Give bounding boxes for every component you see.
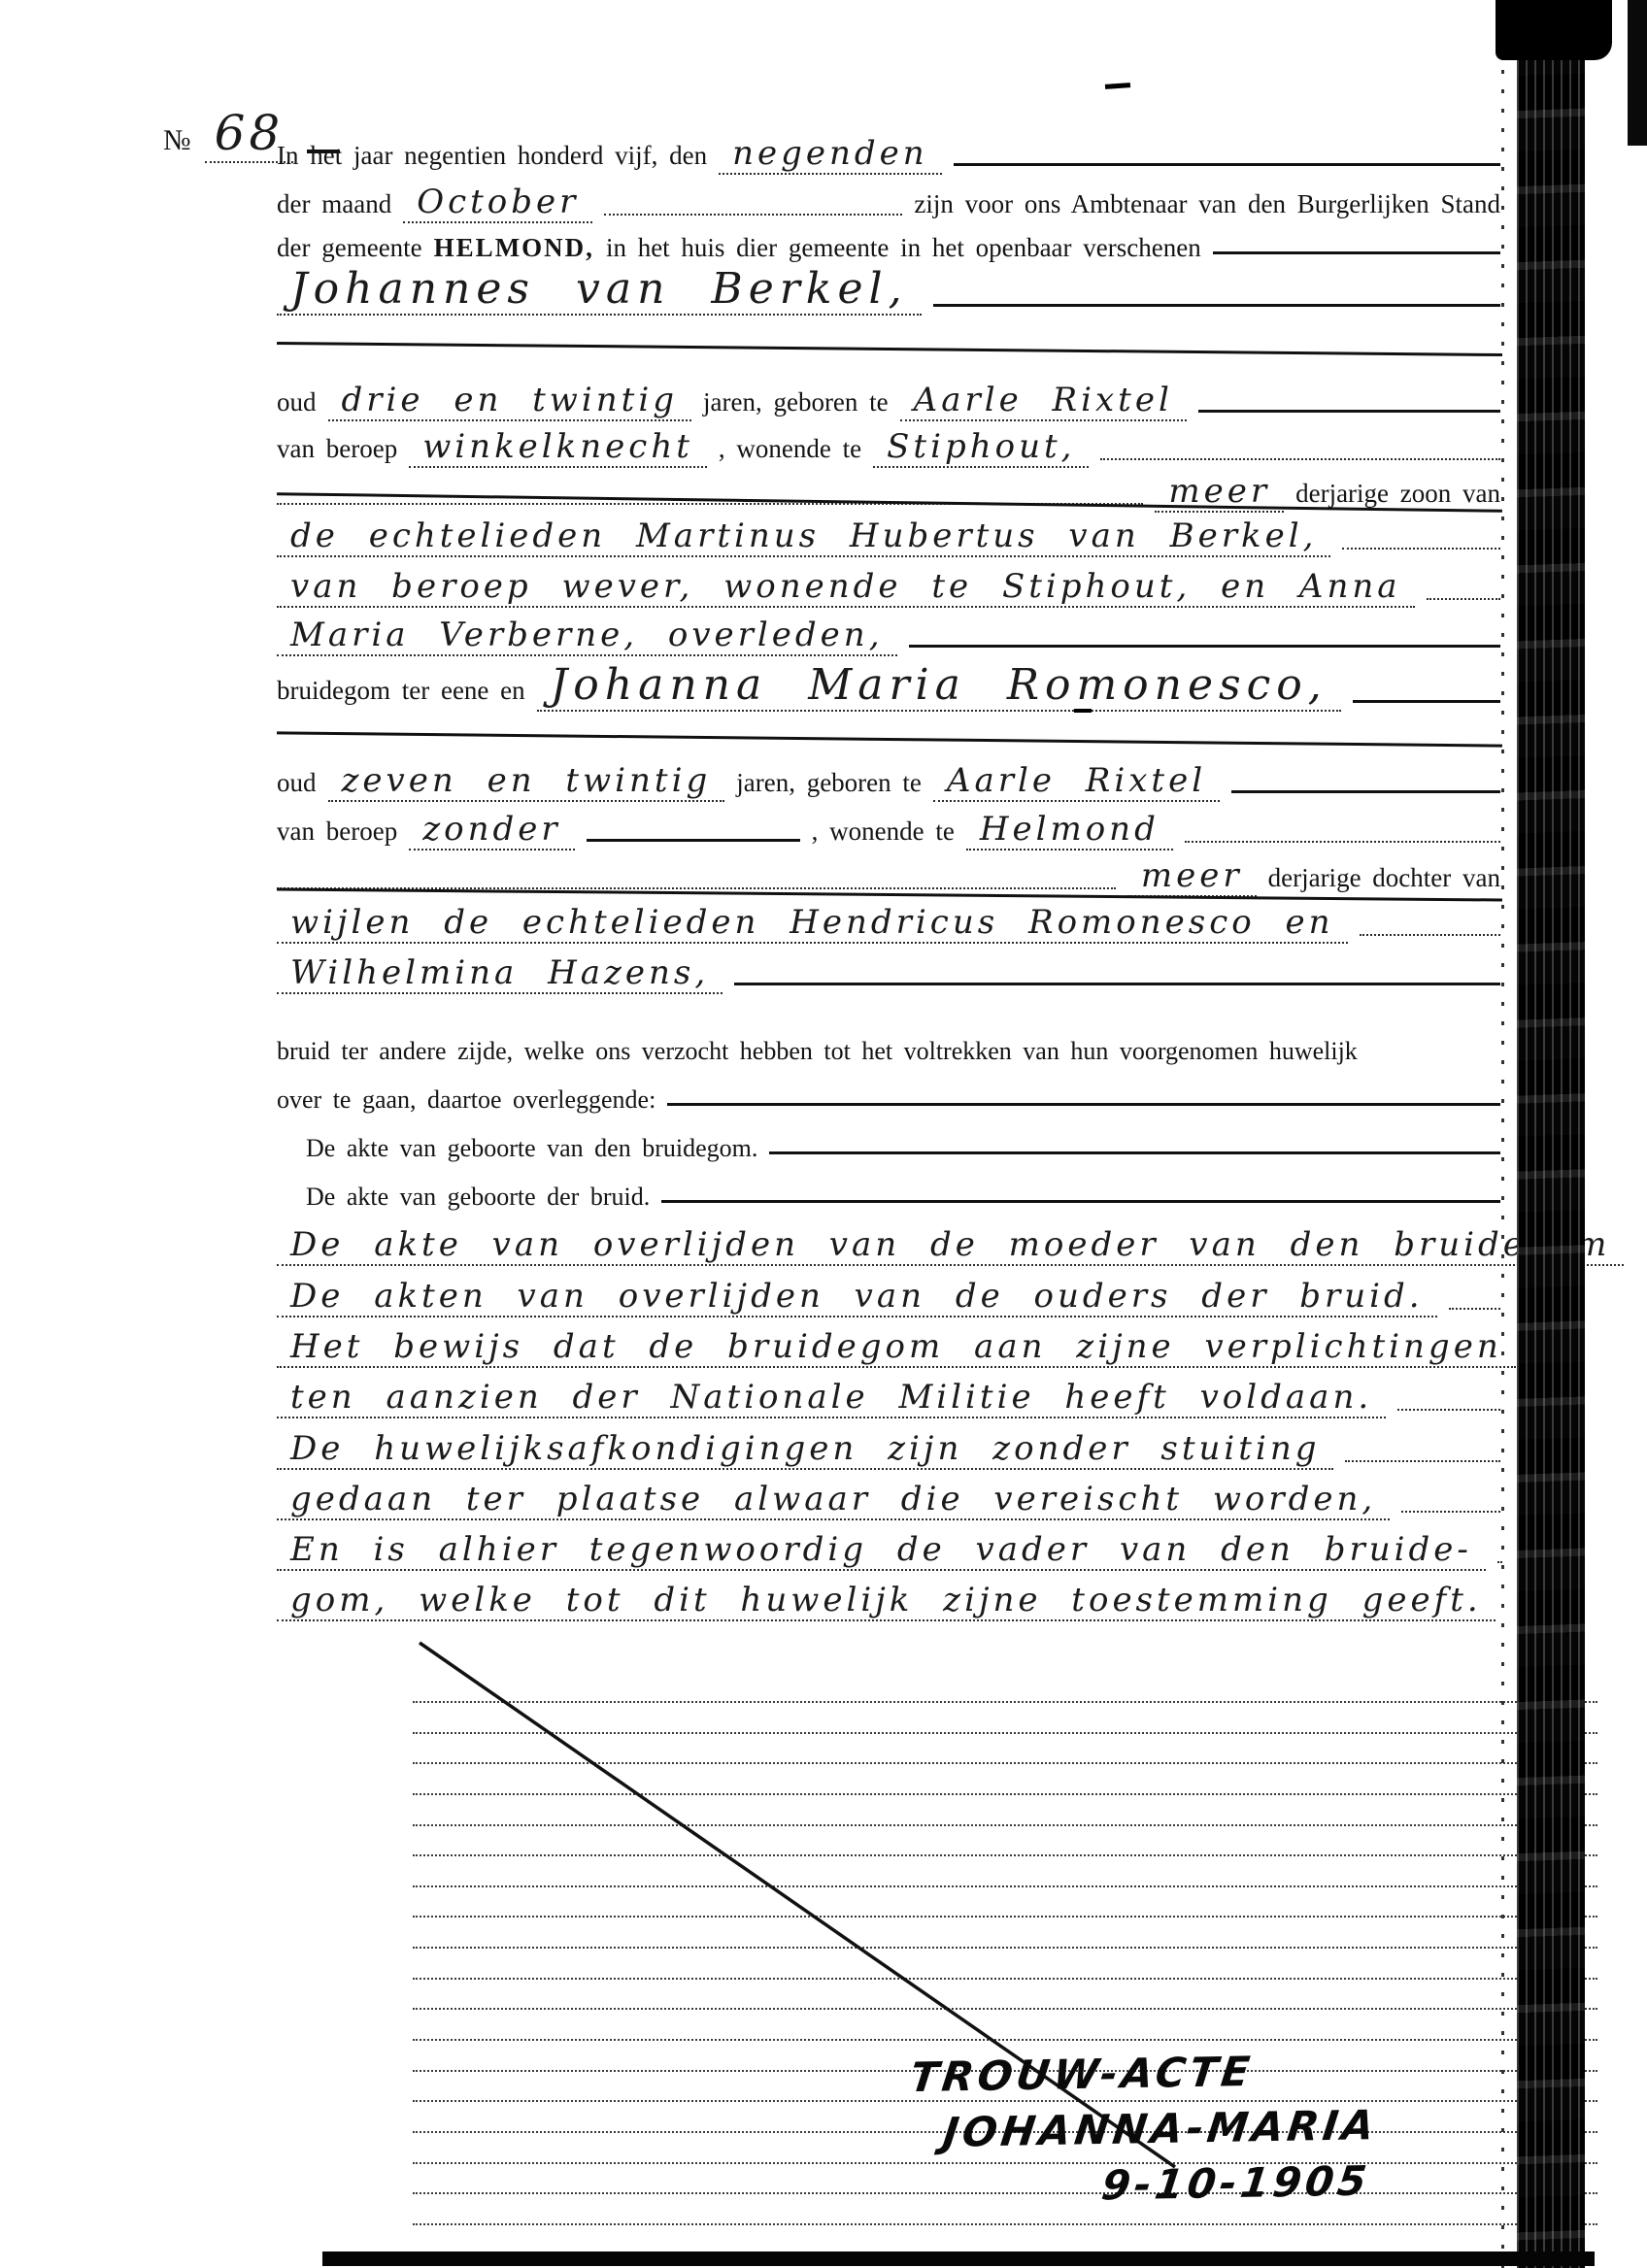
ruled-line bbox=[413, 1978, 1597, 1980]
fill-line bbox=[1345, 1460, 1500, 1462]
handwritten-doc-text-1: De akte van overlijden van de moeder van… bbox=[277, 1225, 1624, 1266]
ruled-line bbox=[413, 1732, 1597, 1734]
day-written: negenden bbox=[719, 134, 942, 175]
intro-line-2-printed: zijn voor ons Ambtenaar van den Burgerli… bbox=[914, 189, 1500, 219]
fill-line bbox=[1401, 1511, 1500, 1513]
ruled-line bbox=[413, 1762, 1597, 1764]
handwritten-doc-text-4: ten aanzien der Nationale Militie heeft … bbox=[277, 1378, 1386, 1418]
document-page: № 68 In het jaar negentien honderd vijf,… bbox=[0, 0, 1647, 2268]
ruled-line bbox=[413, 1701, 1597, 1703]
month-label: der maand bbox=[277, 189, 391, 219]
groom-role-label: bruidegom ter eene en bbox=[277, 676, 525, 706]
fill-line bbox=[1427, 598, 1500, 600]
stray-mark bbox=[1074, 709, 1092, 713]
handwritten-doc-line-4: ten aanzien der Nationale Militie heeft … bbox=[277, 1378, 1500, 1418]
handwritten-doc-line-5: De huwelijksafkondigingen zijn zonder st… bbox=[277, 1429, 1500, 1470]
ruled-line bbox=[413, 1947, 1597, 1949]
scan-corner-artifact bbox=[1496, 0, 1612, 60]
stray-mark bbox=[1105, 83, 1130, 89]
groom-age-written: drie en twintig bbox=[328, 381, 692, 421]
request-text-1: bruid ter andere zijde, welke ons verzoc… bbox=[277, 1037, 1358, 1066]
groom-parents-line-2: van beroep wever, wonende te Stiphout, e… bbox=[277, 567, 1500, 608]
document-item-2: De akte van geboorte der bruid. bbox=[306, 1183, 1500, 1212]
fill-line bbox=[1213, 251, 1500, 254]
bride-majority-printed: derjarige dochter van bbox=[1268, 863, 1500, 893]
handwritten-doc-text-6: gedaan ter plaatse alwaar die vereischt … bbox=[277, 1480, 1390, 1520]
born-at-label: jaren, geboren te bbox=[703, 387, 889, 417]
handwritten-doc-line-2: De akten van overlijden van de ouders de… bbox=[277, 1277, 1500, 1317]
groom-parents-written-1: de echtelieden Martinus Hubertus van Ber… bbox=[277, 517, 1330, 557]
fill-line bbox=[1100, 458, 1500, 460]
intro-line-1-printed: In het jaar negentien honderd vijf, den bbox=[277, 141, 707, 171]
handwritten-doc-text-3: Het bewijs dat de bruidegom aan zijne ve… bbox=[277, 1327, 1516, 1368]
bride-name-row: bruidegom ter eene en Johanna Maria Romo… bbox=[277, 660, 1500, 712]
groom-birthplace-written: Aarle Rixtel bbox=[900, 381, 1187, 421]
handwritten-doc-line-1: De akte van overlijden van de moeder van… bbox=[277, 1225, 1500, 1266]
groom-residence-written: Stiphout, bbox=[873, 427, 1089, 468]
fill-line bbox=[1198, 410, 1500, 413]
bride-parents-line-1: wijlen de echtelieden Hendricus Romonesc… bbox=[277, 903, 1500, 944]
request-text-2: over te gaan, daartoe overleggende: bbox=[277, 1085, 655, 1115]
fill-line bbox=[1449, 1308, 1500, 1310]
occupation-label: van beroep bbox=[277, 434, 397, 464]
born-at-label: jaren, geboren te bbox=[736, 768, 922, 798]
ruled-line bbox=[413, 2039, 1597, 2041]
bride-occupation-written: zonder bbox=[409, 810, 574, 850]
handwritten-doc-line-3: Het bewijs dat de bruidegom aan zijne ve… bbox=[277, 1327, 1500, 1368]
ruled-line bbox=[413, 2100, 1597, 2102]
groom-age-row: oud drie en twintig jaren, geboren te Aa… bbox=[277, 381, 1500, 421]
occupation-label: van beroep bbox=[277, 817, 397, 847]
ruled-line bbox=[413, 2192, 1597, 2194]
ruled-line bbox=[413, 2162, 1597, 2164]
fill-line bbox=[604, 214, 902, 216]
bride-age-written: zeven en twintig bbox=[328, 761, 725, 802]
groom-parents-written-3: Maria Verberne, overleden, bbox=[277, 616, 897, 656]
handwritten-doc-text-7: En is alhier tegenwoordig de vader van d… bbox=[277, 1530, 1486, 1571]
fill-line bbox=[1353, 700, 1500, 703]
fill-line bbox=[661, 1200, 1500, 1203]
handwritten-doc-line-8: gom, welke tot dit huwelijk zijne toeste… bbox=[277, 1581, 1500, 1621]
groom-name-row: Johannes van Berkel, bbox=[277, 264, 1500, 316]
age-label: oud bbox=[277, 768, 317, 798]
fill-line bbox=[909, 645, 1500, 648]
fill-line bbox=[734, 983, 1500, 985]
fill-line bbox=[1497, 1561, 1500, 1563]
scan-binding-artifact bbox=[1517, 0, 1585, 2268]
intro-line-3: der gemeente HELMOND, in het huis dier g… bbox=[277, 233, 1500, 263]
ruled-line bbox=[413, 1824, 1597, 1826]
fill-line bbox=[933, 304, 1500, 307]
handwritten-doc-text-2: De akten van overlijden van de ouders de… bbox=[277, 1277, 1437, 1317]
fill-line bbox=[1397, 1409, 1500, 1411]
annotation-bride-name: JOHANNA-MARIA bbox=[940, 2101, 1380, 2156]
annotation-date: 9-10-1905 bbox=[1099, 2157, 1373, 2210]
request-paragraph-line-1: bruid ter andere zijde, welke ons verzoc… bbox=[277, 1037, 1500, 1066]
rule-line bbox=[277, 342, 1502, 356]
handwritten-doc-text-8: gom, welke tot dit huwelijk zijne toeste… bbox=[277, 1581, 1496, 1621]
month-written: October bbox=[403, 183, 592, 223]
bride-majority-written: meer bbox=[1127, 856, 1257, 897]
fill-line bbox=[1231, 790, 1500, 793]
handwritten-doc-line-6: gedaan ter plaatse alwaar die vereischt … bbox=[277, 1480, 1500, 1520]
number-symbol: № bbox=[163, 124, 191, 157]
fill-line bbox=[1360, 934, 1500, 936]
groom-majority-printed: derjarige zoon van bbox=[1295, 479, 1500, 509]
bride-parents-line-2: Wilhelmina Hazens, bbox=[277, 953, 1500, 994]
groom-occupation-row: van beroep winkelknecht , wonende te Sti… bbox=[277, 427, 1500, 468]
ruled-line bbox=[413, 2008, 1597, 2010]
residence-label: , wonende te bbox=[719, 434, 861, 464]
fill-line bbox=[587, 839, 800, 842]
document-item-1-text: De akte van geboorte van den bruidegom. bbox=[306, 1134, 757, 1163]
ruled-line bbox=[413, 2223, 1597, 2225]
document-item-1: De akte van geboorte van den bruidegom. bbox=[306, 1134, 1500, 1163]
fill-line bbox=[1185, 841, 1500, 843]
groom-parents-line-3: Maria Verberne, overleden, bbox=[277, 616, 1500, 656]
bride-birthplace-written: Aarle Rixtel bbox=[933, 761, 1220, 802]
intro-line-1: In het jaar negentien honderd vijf, den … bbox=[277, 134, 1500, 175]
municipality-name: HELMOND, bbox=[434, 233, 594, 263]
residence-label: , wonende te bbox=[812, 817, 955, 847]
intro-line-2: der maand October zijn voor ons Ambtenaa… bbox=[277, 183, 1500, 223]
fill-line bbox=[667, 1103, 1500, 1106]
annotation-act-type: TROUW-ACTE bbox=[908, 2048, 1257, 2101]
handwritten-doc-line-7: En is alhier tegenwoordig de vader van d… bbox=[277, 1530, 1500, 1571]
ruled-line bbox=[413, 1916, 1597, 1918]
ruled-line bbox=[413, 1885, 1597, 1887]
ruled-line bbox=[413, 1854, 1597, 1856]
fill-line bbox=[769, 1151, 1500, 1154]
bride-age-row: oud zeven en twintig jaren, geboren te A… bbox=[277, 761, 1500, 802]
bride-parents-written-1: wijlen de echtelieden Hendricus Romonesc… bbox=[277, 903, 1348, 944]
age-label: oud bbox=[277, 387, 317, 417]
request-paragraph-line-2: over te gaan, daartoe overleggende: bbox=[277, 1085, 1500, 1115]
municipality-prefix: der gemeente bbox=[277, 233, 422, 263]
groom-name-written: Johannes van Berkel, bbox=[277, 264, 922, 316]
groom-occupation-written: winkelknecht bbox=[409, 427, 707, 468]
bride-parents-written-2: Wilhelmina Hazens, bbox=[277, 953, 723, 994]
bride-occupation-row: van beroep zonder , wonende te Helmond bbox=[277, 810, 1500, 850]
fill-line bbox=[1342, 548, 1500, 550]
municipality-suffix: in het huis dier gemeente in het openbaa… bbox=[606, 233, 1201, 263]
scan-edge-streak bbox=[1628, 0, 1647, 146]
bride-name-written: Johanna Maria Romonesco, bbox=[537, 660, 1341, 712]
bride-residence-written: Helmond bbox=[966, 810, 1173, 850]
rule-line bbox=[277, 731, 1502, 747]
scan-bottom-edge-artifact bbox=[322, 2251, 1595, 2266]
groom-parents-written-2: van beroep wever, wonende te Stiphout, e… bbox=[277, 567, 1415, 608]
groom-parents-line-1: de echtelieden Martinus Hubertus van Ber… bbox=[277, 517, 1500, 557]
fill-line bbox=[954, 163, 1500, 166]
ruled-line bbox=[413, 1793, 1597, 1795]
binding-speckle-column bbox=[1501, 0, 1504, 2268]
handwritten-doc-text-5: De huwelijksafkondigingen zijn zonder st… bbox=[277, 1429, 1333, 1470]
document-item-2-text: De akte van geboorte der bruid. bbox=[306, 1183, 650, 1212]
